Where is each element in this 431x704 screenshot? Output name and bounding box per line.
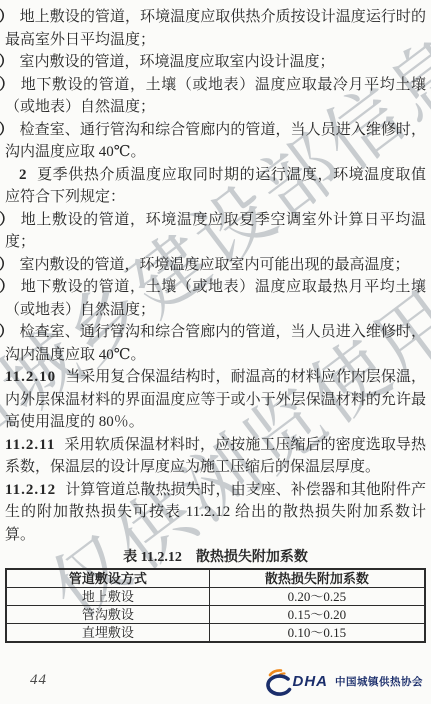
table-cell: 地上敷设 (6, 588, 209, 606)
clause-text: 计算管道总散热损失时，由支座、补偿器和其他附件产生的附加散热损失可按表 11.2… (5, 482, 426, 543)
clause-text: 当采用复合保温结构时，耐温高的材料应作内层保温，内外层保温材料的界面温度应等于或… (5, 369, 426, 430)
list-text: 地上敷设的管道，环境温度应取供热介质按设计温度运行时的最高室外日平均温度； (5, 9, 426, 48)
table-row: 直埋敷设 0.10～0.15 (6, 624, 425, 643)
association-logo: DHA 中国城镇供热协会 (263, 668, 424, 696)
table-cell: 直埋敷设 (6, 624, 209, 643)
document-body: 1）地上敷设的管道，环境温度应取供热介质按设计温度运行时的最高室外日平均温度； … (5, 6, 426, 643)
table-cell: 0.10～0.15 (209, 624, 425, 643)
list-marker: 2） (0, 54, 14, 70)
list-item: 3）地下敷设的管道，土壤（或地表）温度应取最热月平均土壤（或地表）自然温度； (5, 276, 426, 321)
table-header-row: 管道敷设方式 散热损失附加系数 (6, 569, 425, 588)
list-item: 1）地上敷设的管道，环境温度应取夏季空调室外计算日平均温度； (5, 209, 426, 254)
table-header-cell: 散热损失附加系数 (209, 569, 425, 588)
document-page: 住房和城乡建设部信息公开 仅供浏览使用 1）地上敷设的管道，环境温度应取供热介质… (0, 0, 431, 704)
table-title: 表 11.2.12 散热损失附加系数 (5, 547, 426, 568)
list-item: 2）室内敷设的管道，环境温度应取室内设计温度； (5, 51, 426, 74)
clause-number: 11.2.11 (5, 437, 55, 453)
clause-text: 采用软质保温材料时，应按施工压缩后的密度选取导热系数，保温层的设计厚度应为施工压… (5, 437, 426, 476)
list-marker: 1） (0, 212, 15, 228)
list-item: 2）室内敷设的管道，环境温度应取室内可能出现的最高温度； (5, 254, 426, 277)
list-marker: 2） (0, 257, 14, 273)
table-row: 管沟敷设 0.15～0.20 (6, 606, 425, 624)
numbered-paragraph: 2夏季供热介质温度应取同时期的运行温度，环境温度取值应符合下列规定： (5, 164, 426, 209)
clause: 11.2.11采用软质保温材料时，应按施工压缩后的密度选取导热系数，保温层的设计… (5, 434, 426, 479)
clause-number: 11.2.10 (5, 369, 56, 385)
coefficients-table: 管道敷设方式 散热损失附加系数 地上敷设 0.20～0.25 管沟敷设 0.15… (5, 568, 426, 643)
list-text: 地上敷设的管道，环境温度应取夏季空调室外计算日平均温度； (5, 212, 426, 251)
list-marker: 4） (0, 324, 14, 340)
table-cell: 0.15～0.20 (209, 606, 425, 624)
logo-org-name: 中国城镇供热协会 (335, 671, 423, 694)
list-text: 检查室、通行管沟和综合管廊内的管道，当人员进入维修时，沟内温度应取 40℃。 (5, 324, 426, 363)
list-marker: 1） (0, 9, 14, 25)
clause-number: 11.2.12 (5, 482, 56, 498)
list-marker: 4） (0, 122, 14, 138)
page-number: 44 (30, 669, 47, 692)
clause: 11.2.10当采用复合保温结构时，耐温高的材料应作内层保温，内外层保温材料的界… (5, 366, 426, 434)
table-cell: 0.20～0.25 (209, 588, 425, 606)
paragraph-text: 夏季供热介质温度应取同时期的运行温度，环境温度取值应符合下列规定： (5, 167, 426, 206)
list-marker: 3） (0, 77, 15, 93)
list-text: 室内敷设的管道，环境温度应取室内可能出现的最高温度； (20, 257, 410, 273)
table-row: 地上敷设 0.20～0.25 (6, 588, 425, 606)
clause: 11.2.12计算管道总散热损失时，由支座、补偿器和其他附件产生的附加散热损失可… (5, 479, 426, 547)
list-text: 检查室、通行管沟和综合管廊内的管道，当人员进入维修时，沟内温度应取 40℃。 (5, 122, 426, 161)
list-text: 地下敷设的管道，土壤（或地表）温度应取最冷月平均土壤（或地表）自然温度； (5, 77, 426, 116)
list-item: 4）检查室、通行管沟和综合管廊内的管道，当人员进入维修时，沟内温度应取 40℃。 (5, 321, 426, 366)
list-item: 1）地上敷设的管道，环境温度应取供热介质按设计温度运行时的最高室外日平均温度； (5, 6, 426, 51)
list-text: 地下敷设的管道，土壤（或地表）温度应取最热月平均土壤（或地表）自然温度； (5, 279, 426, 318)
list-item: 4）检查室、通行管沟和综合管廊内的管道，当人员进入维修时，沟内温度应取 40℃。 (5, 119, 426, 164)
list-text: 室内敷设的管道，环境温度应取室内设计温度； (20, 54, 335, 70)
logo-swoosh-icon (263, 668, 293, 696)
list-marker: 3） (0, 279, 15, 295)
table-header-cell: 管道敷设方式 (6, 569, 209, 588)
logo-abbr-text: DHA (293, 671, 329, 694)
paragraph-number: 2 (19, 167, 28, 183)
table-cell: 管沟敷设 (6, 606, 209, 624)
list-item: 3）地下敷设的管道，土壤（或地表）温度应取最冷月平均土壤（或地表）自然温度； (5, 74, 426, 119)
